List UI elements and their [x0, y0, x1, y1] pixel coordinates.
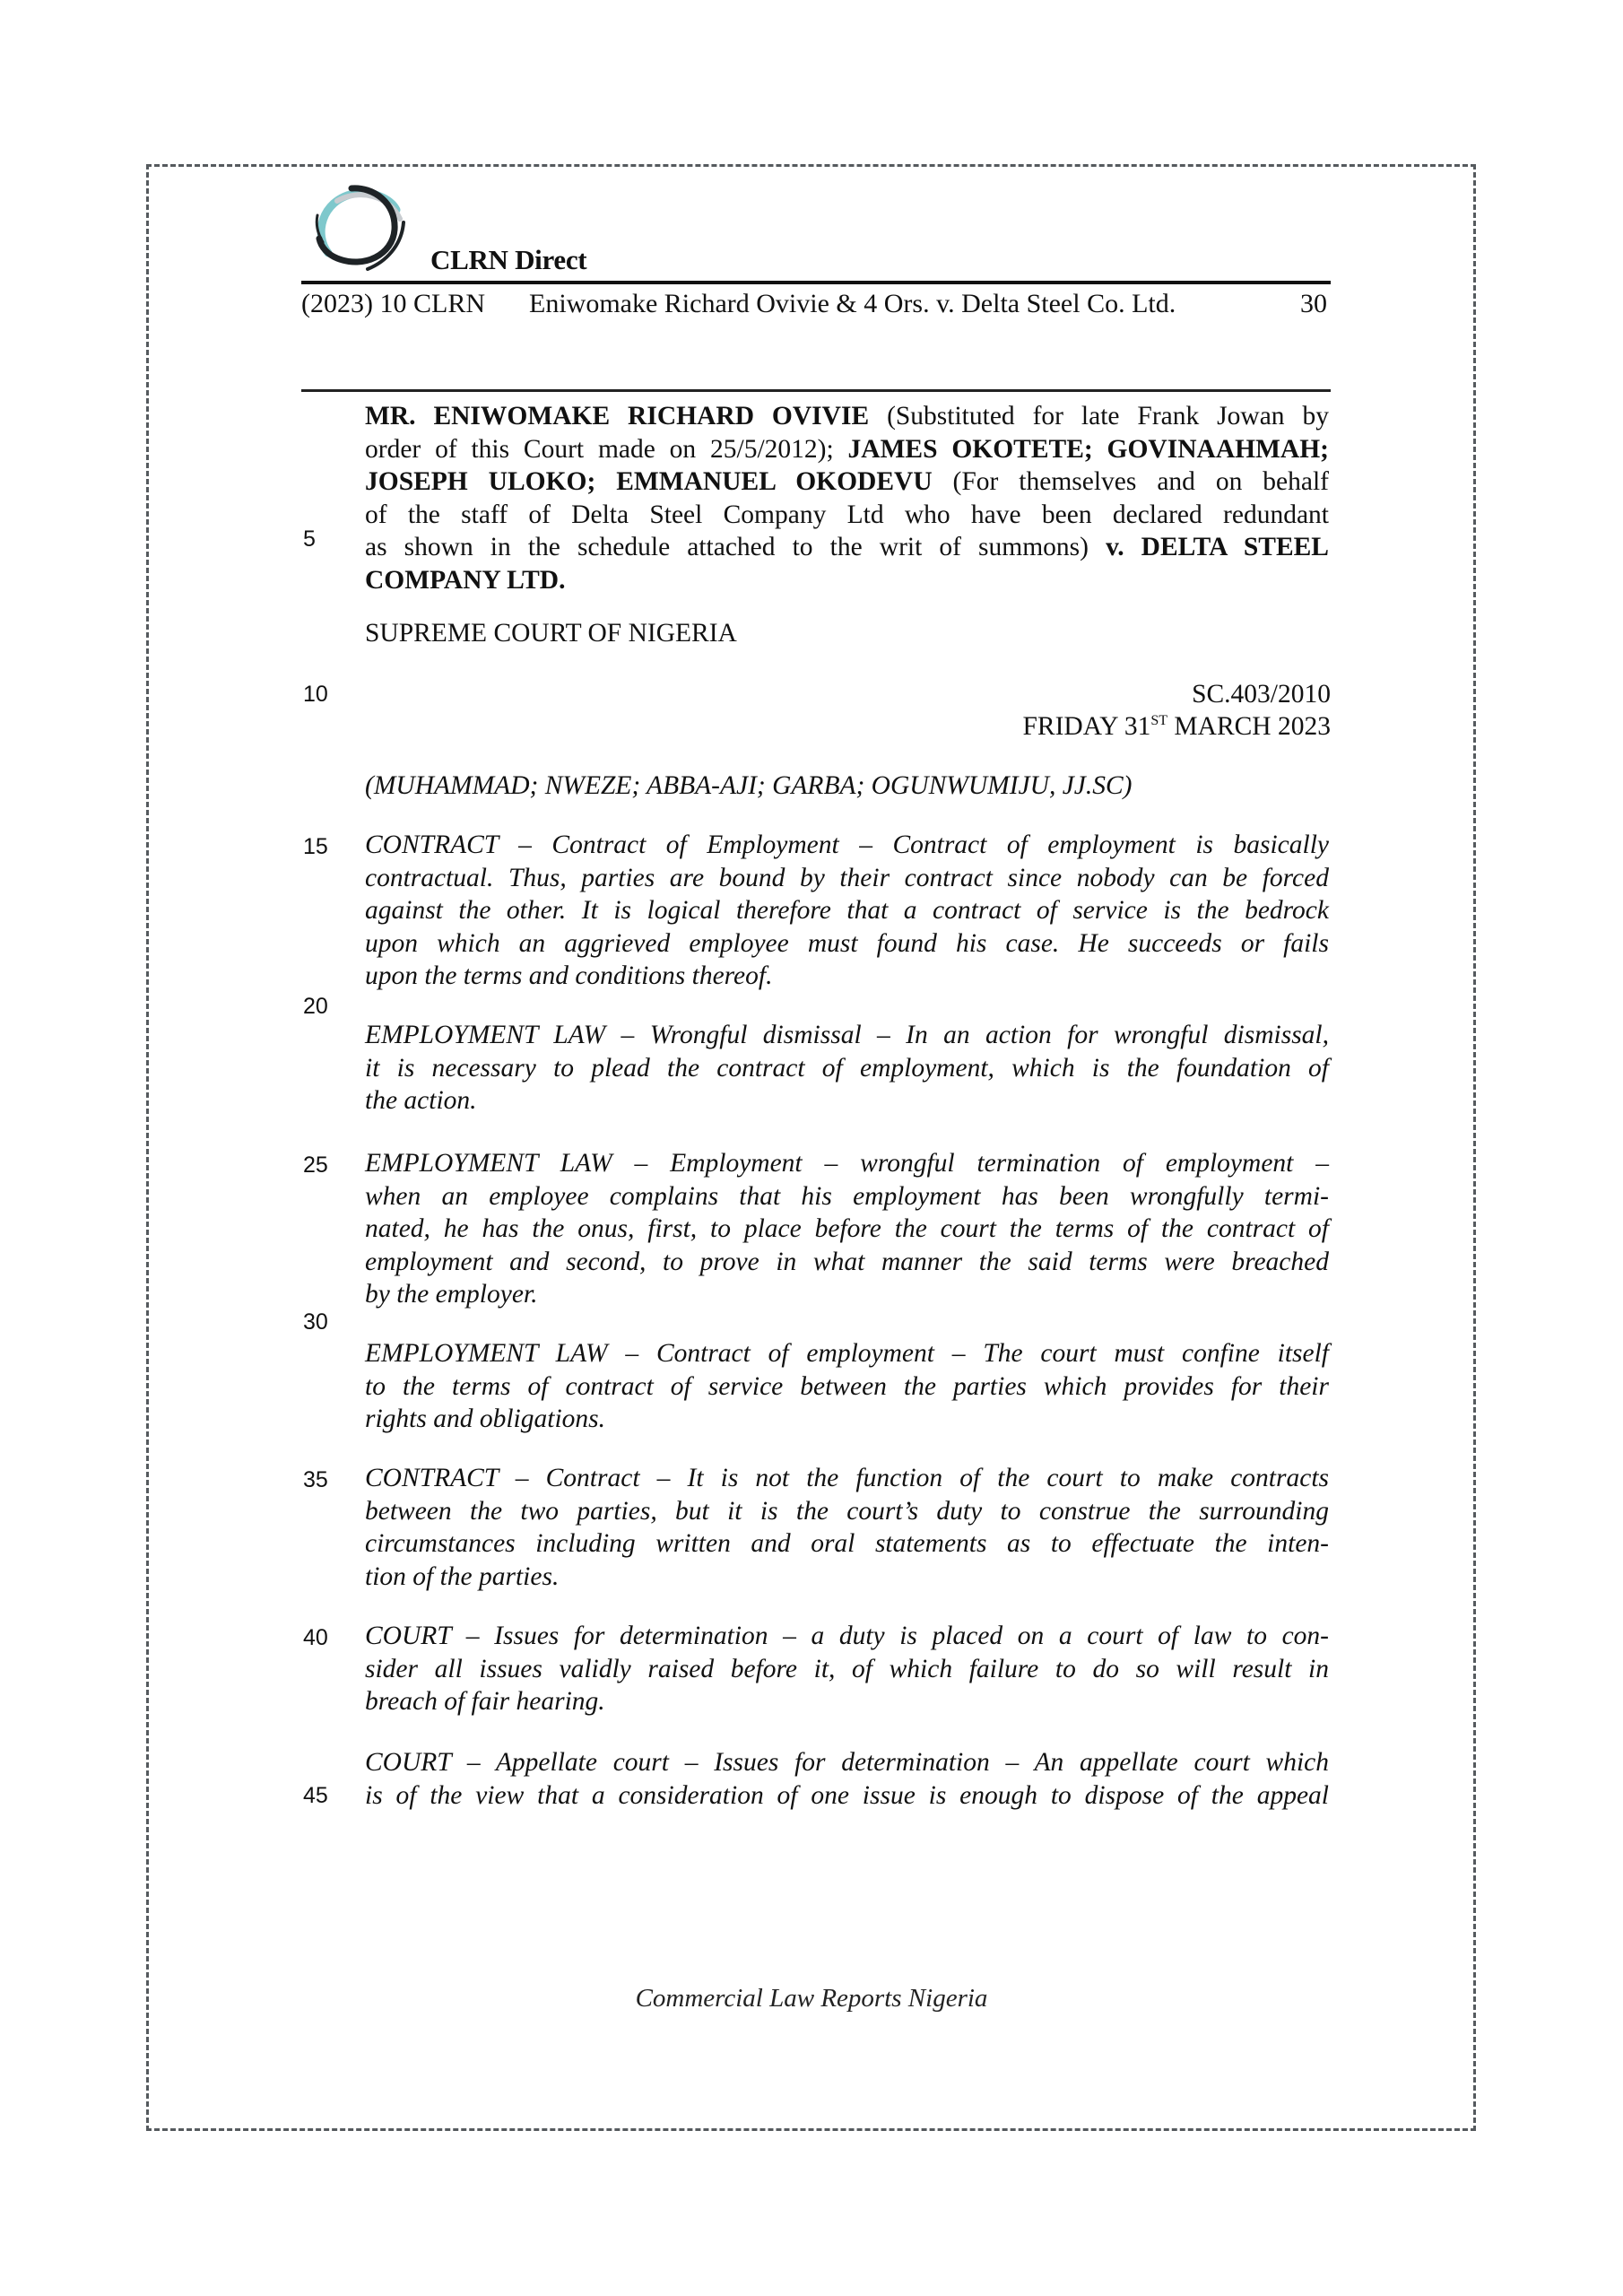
headnote-line: circumstances including written and oral…: [365, 1527, 1329, 1561]
headnote-line: contractual. Thus, parties are bound by …: [365, 862, 1329, 895]
line-number: 10: [303, 682, 357, 708]
headnote-line: the action.: [365, 1084, 1329, 1118]
page-number: 30: [1300, 289, 1327, 319]
parties-block: MR. ENIWOMAKE RICHARD OVIVIE (Substitute…: [365, 400, 1329, 597]
headnote-line: rights and obligations.: [365, 1403, 1329, 1436]
parties-line: JOSEPH ULOKO; EMMANUEL OKODEVU (For them…: [365, 465, 1329, 499]
case-title: Eniwomake Richard Ovivie & 4 Ors. v. Del…: [529, 289, 1176, 319]
headnote-line: CONTRACT – Contract of Employment – Cont…: [365, 829, 1329, 862]
line-number: 15: [303, 834, 357, 860]
headnote: COURT – Issues for determination – a dut…: [365, 1620, 1329, 1718]
headnote-line: COURT – Appellate court – Issues for det…: [365, 1746, 1329, 1779]
headnote-line: it is necessary to plead the contract of…: [365, 1052, 1329, 1085]
header-rule: [301, 281, 1331, 284]
parties-line: of the staff of Delta Steel Company Ltd …: [365, 499, 1329, 532]
headnote-line: upon the terms and conditions thereof.: [365, 960, 1329, 993]
headnote: EMPLOYMENT LAW – Employment – wrongful t…: [365, 1147, 1329, 1311]
coram: (MUHAMMAD; NWEZE; ABBA-AJI; GARBA; OGUNW…: [365, 771, 1133, 801]
headnote-line: by the employer.: [365, 1278, 1329, 1311]
line-number: 35: [303, 1467, 357, 1493]
headnote: EMPLOYMENT LAW – Wrongful dismissal – In…: [365, 1019, 1329, 1118]
headnote-line: against the other. It is logical therefo…: [365, 894, 1329, 927]
headnote-line: CONTRACT – Contract – It is not the func…: [365, 1462, 1329, 1495]
judgment-date: FRIDAY 31ST MARCH 2023: [1022, 712, 1331, 742]
line-number: 20: [303, 994, 357, 1020]
headnote-line: employment and second, to prove in what …: [365, 1246, 1329, 1279]
headnote-line: tion of the parties.: [365, 1561, 1329, 1594]
running-head: (2023) 10 CLRN Eniwomake Richard Ovivie …: [301, 289, 1331, 325]
publication-footer: Commercial Law Reports Nigeria: [0, 1984, 1623, 2013]
headnote-line: when an employee complains that his empl…: [365, 1180, 1329, 1213]
line-number: 5: [303, 526, 357, 552]
headnote-line: EMPLOYMENT LAW – Employment – wrongful t…: [365, 1147, 1329, 1180]
headnote: EMPLOYMENT LAW – Contract of employment …: [365, 1337, 1329, 1436]
brand-name: CLRN Direct: [430, 244, 586, 276]
suit-number: SC.403/2010: [1192, 680, 1331, 709]
headnote-line: between the two parties, but it is the c…: [365, 1495, 1329, 1528]
headnote-line: upon which an aggrieved employee must fo…: [365, 927, 1329, 961]
headnote-line: COURT – Issues for determination – a dut…: [365, 1620, 1329, 1653]
section-rule: [301, 389, 1331, 392]
parties-line: COMPANY LTD.: [365, 564, 1329, 597]
parties-line: MR. ENIWOMAKE RICHARD OVIVIE (Substitute…: [365, 400, 1329, 433]
headnote-line: EMPLOYMENT LAW – Contract of employment …: [365, 1337, 1329, 1370]
parties-line: order of this Court made on 25/5/2012); …: [365, 433, 1329, 466]
line-number: 40: [303, 1625, 357, 1651]
line-number: 25: [303, 1152, 357, 1178]
headnote: CONTRACT – Contract of Employment – Cont…: [365, 829, 1329, 993]
headnote: COURT – Appellate court – Issues for det…: [365, 1746, 1329, 1812]
court-name: SUPREME COURT OF NIGERIA: [365, 619, 737, 648]
report-citation: (2023) 10 CLRN: [301, 289, 485, 319]
headnote-line: sider all issues validly raised before i…: [365, 1653, 1329, 1686]
clrn-logo-icon: [310, 183, 411, 276]
headnote: CONTRACT – Contract – It is not the func…: [365, 1462, 1329, 1593]
headnote-line: is of the view that a consideration of o…: [365, 1779, 1329, 1813]
headnote-line: breach of fair hearing.: [365, 1685, 1329, 1718]
parties-line: as shown in the schedule attached to the…: [365, 531, 1329, 564]
headnote-line: EMPLOYMENT LAW – Wrongful dismissal – In…: [365, 1019, 1329, 1052]
line-number: 30: [303, 1309, 357, 1335]
headnote-line: to the terms of contract of service betw…: [365, 1370, 1329, 1404]
line-number: 45: [303, 1783, 357, 1809]
headnote-line: nated, he has the onus, first, to place …: [365, 1213, 1329, 1246]
